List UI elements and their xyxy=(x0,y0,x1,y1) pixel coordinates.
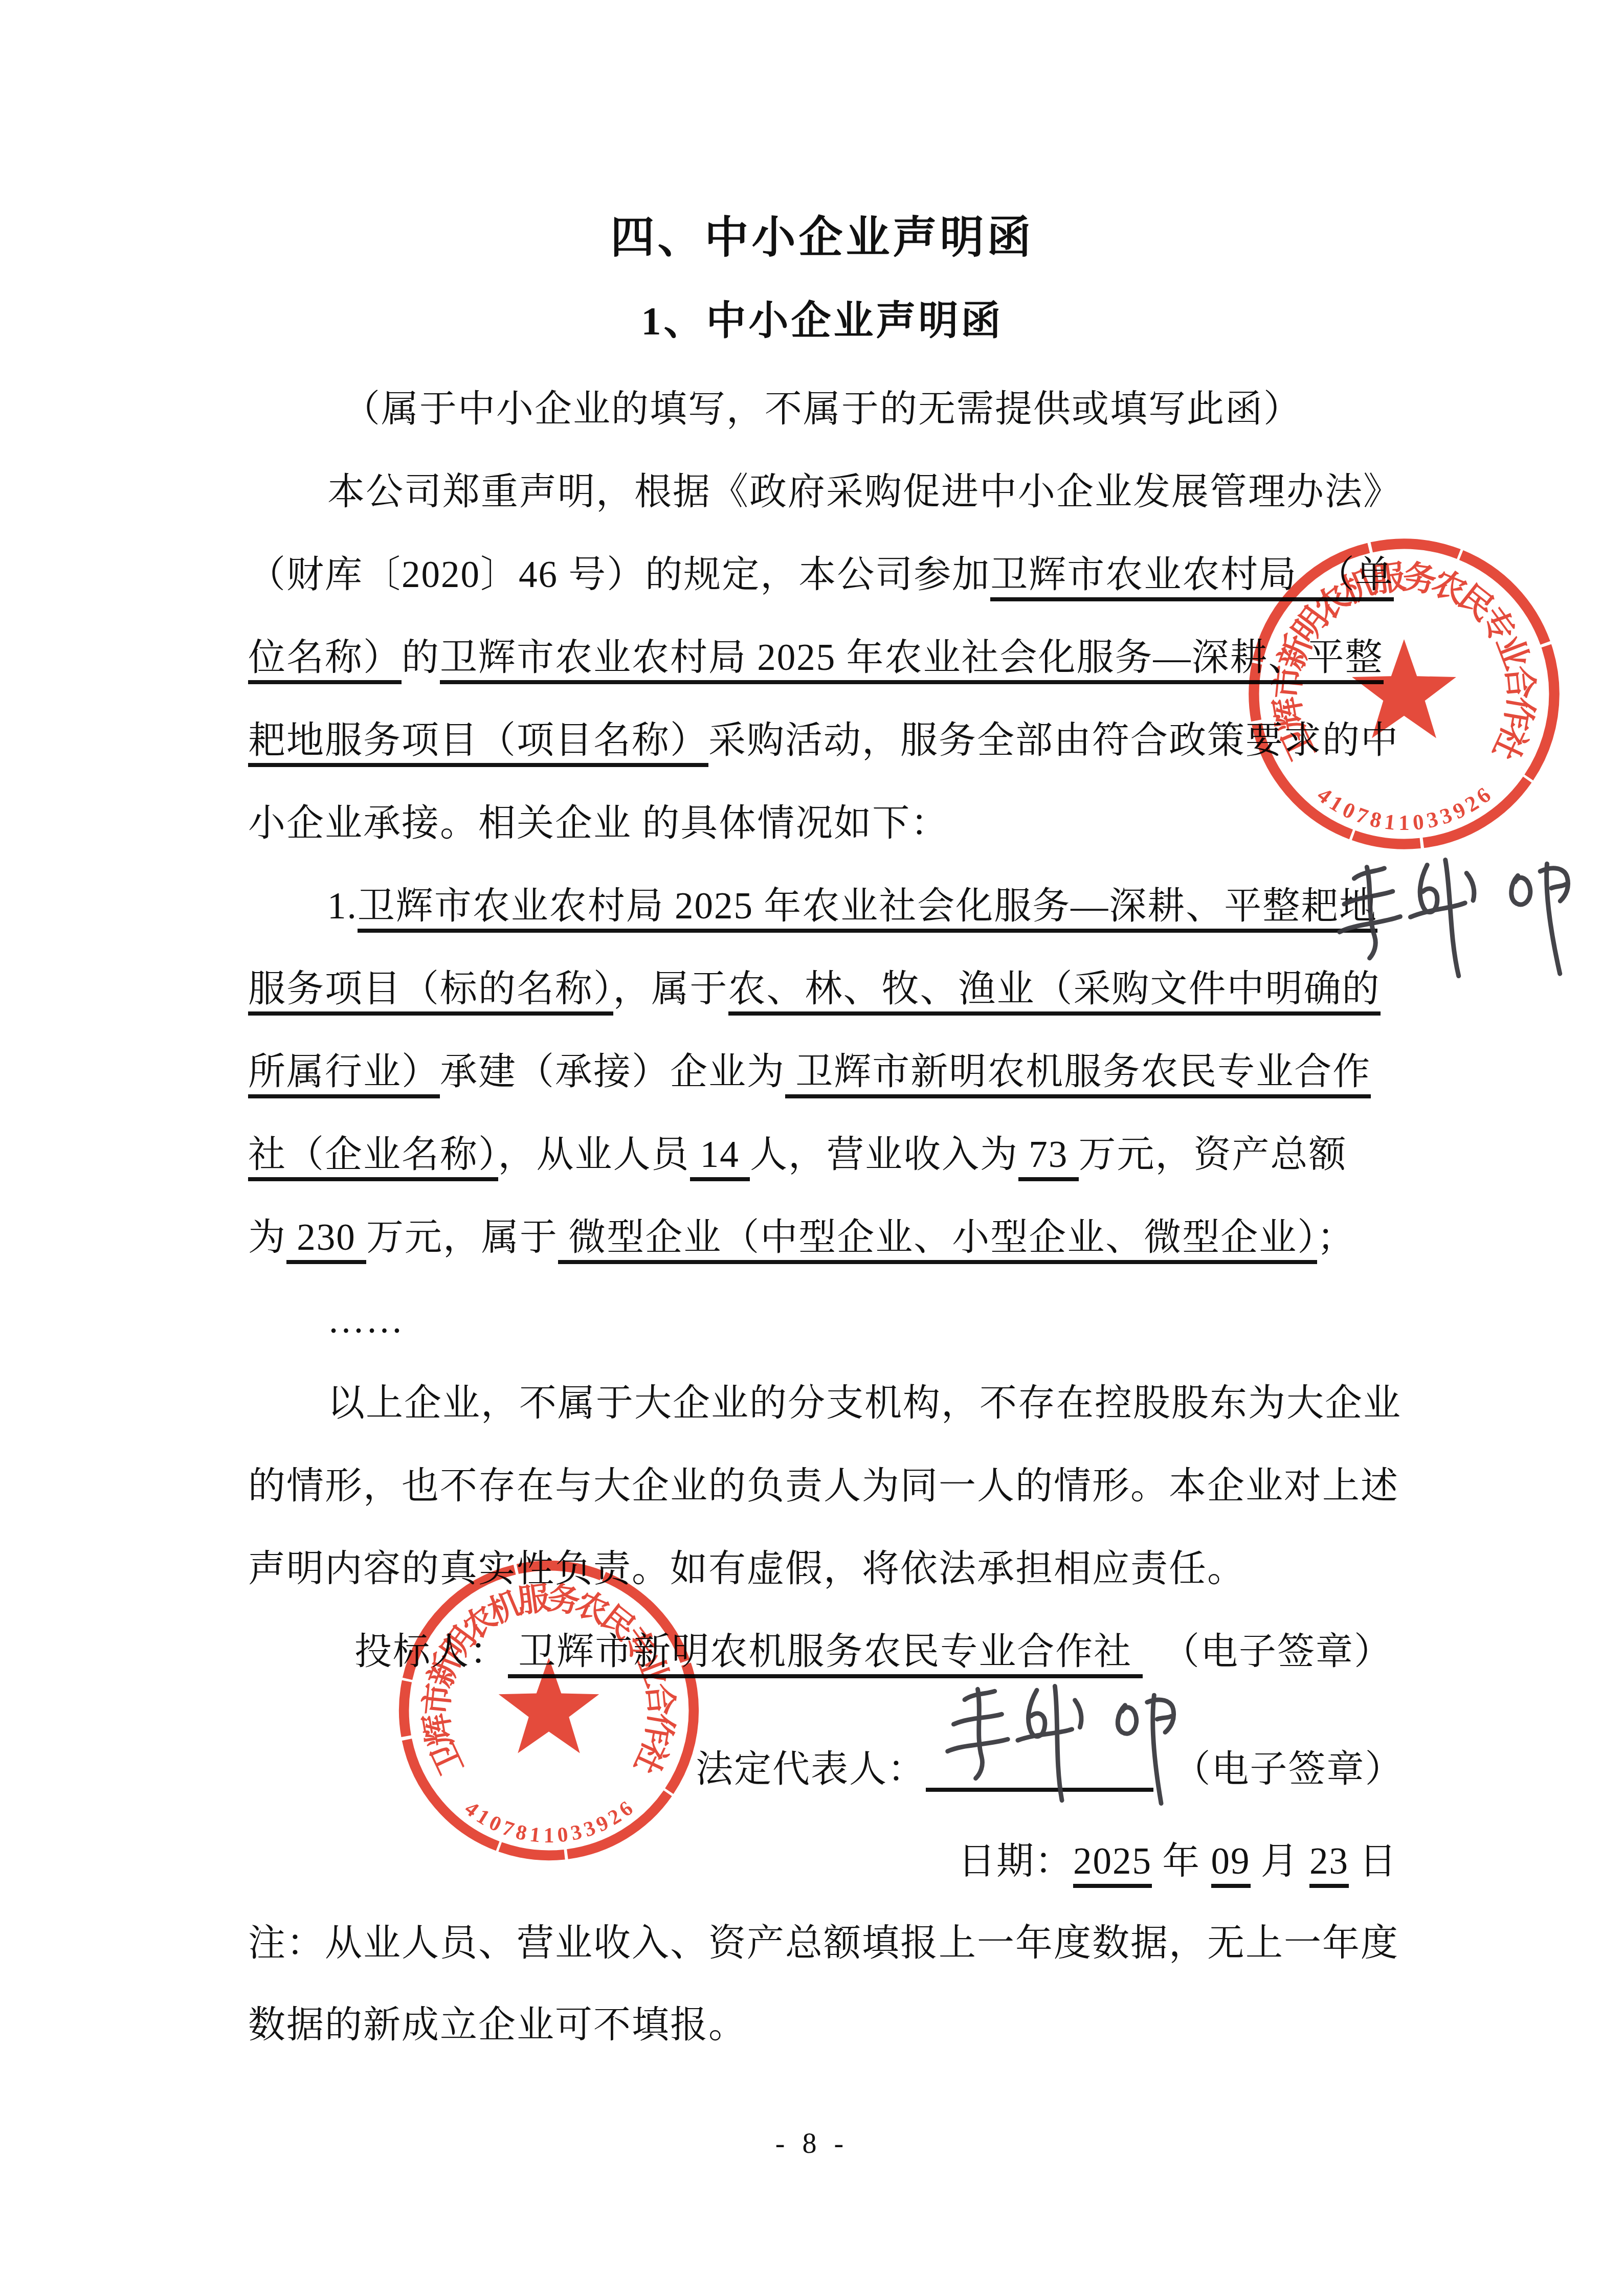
underlined-segment: 09 xyxy=(1211,1840,1251,1888)
text-segment: 注：从业人员、营业收入、资产总额填报上一年度数据，无上一年度 xyxy=(248,1922,1399,1964)
signature-stroke xyxy=(1546,864,1560,975)
seal-number-digit: 0 xyxy=(1412,810,1425,835)
text-line: 耙地服务项目（项目名称）采购活动，服务全部由符合政策要求的中 xyxy=(248,702,1396,779)
text-line: 位名称）的卫辉市农业农村局 2025 年农业社会化服务—深耕、平整 xyxy=(248,619,1396,696)
signature-stroke xyxy=(1551,884,1566,888)
text-line: 社（企业名称），从业人员 14 人，营业收入为 73 万元，资产总额 xyxy=(248,1116,1396,1193)
document-title: 四、中小企业声明函 xyxy=(248,205,1396,271)
underlined-segment: 位名称） xyxy=(248,637,402,684)
underlined-segment: 230 xyxy=(286,1217,366,1264)
signature-stroke xyxy=(1118,1705,1136,1734)
underlined-segment: 73 xyxy=(1018,1134,1079,1181)
text-segment: 承建（承接）企业为 xyxy=(440,1051,785,1092)
text-line: （属于中小企业的填写，不属于的无需提供或填写此函） xyxy=(248,371,1396,447)
text-segment: 万元，资产总额 xyxy=(1079,1134,1347,1175)
text-segment: 法定代表人： xyxy=(696,1748,926,1790)
text-segment: 的 xyxy=(402,637,440,678)
text-segment: 为 xyxy=(248,1217,286,1258)
text-segment: 1. xyxy=(327,885,358,927)
text-line: 1.卫辉市农业农村局 2025 年农业社会化服务—深耕、平整耙地 xyxy=(248,868,1476,944)
underlined-segment: 农、林、牧、渔业（采购文件中明确的 xyxy=(728,968,1381,1016)
text-segment: 日 xyxy=(1349,1840,1397,1882)
seal-number-digit: 1 xyxy=(1383,810,1396,835)
underlined-segment: 社（企业名称） xyxy=(248,1134,498,1181)
underlined-segment: 23 xyxy=(1309,1840,1349,1888)
text-line: 小企业承接。相关企业 的具体情况如下： xyxy=(248,785,1396,862)
text-segment: （电子签章） xyxy=(1181,1631,1393,1672)
signature-stroke xyxy=(1510,875,1531,905)
text-line: 服务项目（标的名称），属于农、林、牧、渔业（采购文件中明确的 xyxy=(248,951,1396,1027)
text-segment: 月 xyxy=(1251,1840,1310,1882)
signature-stroke xyxy=(976,1689,983,1778)
underlined-segment: 2025 xyxy=(1073,1840,1152,1888)
page-number: - 8 - xyxy=(0,2127,1624,2160)
signature-stroke xyxy=(1075,1700,1082,1727)
underlined-segment: 卫辉市农业农村局 2025 年农业社会化服务—深耕、平整 xyxy=(440,637,1384,684)
signature-stroke xyxy=(1445,860,1459,976)
text-line: …… xyxy=(248,1282,1476,1359)
legal-representative-signature xyxy=(1326,837,1600,1004)
text-line: 为 230 万元，属于 微型企业（中型企业、小型企业、微型企业）； xyxy=(248,1199,1396,1276)
text-line: 数据的新成立企业可不填报。 xyxy=(248,1987,1396,2063)
text-segment: （属于中小企业的填写，不属于的无需提供或填写此函） xyxy=(343,388,1302,430)
seal-number-digit: 0 xyxy=(556,1822,569,1847)
text-segment: （电子签章） xyxy=(1192,1748,1404,1790)
text-line: 以上企业，不属于大企业的分支机构，不存在控股股东为大企业 xyxy=(248,1365,1476,1442)
underlined-segment: 耙地服务项目（项目名称） xyxy=(248,719,708,767)
text-line: 本公司郑重声明，根据《政府采购促进中小企业发展管理办法》 xyxy=(248,454,1476,530)
seal-number-digit: 8 xyxy=(1368,807,1384,833)
underlined-segment: 服务项目（标的名称） xyxy=(248,968,613,1016)
text-segment: …… xyxy=(327,1299,404,1341)
underlined-segment: 微型企业（中型企业、小型企业、微型企业） xyxy=(558,1217,1317,1264)
text-segment: 人，营业收入为 xyxy=(750,1134,1018,1175)
text-segment: （财库〔2020〕46 号）的规定，本公司参加 xyxy=(248,554,990,595)
seal-number-digit: 1 xyxy=(528,1822,542,1847)
text-segment: 数据的新成立企业可不填报。 xyxy=(248,2004,747,2045)
signature-stroke xyxy=(1055,1686,1062,1800)
signature-stroke xyxy=(1365,867,1376,958)
declaration-letter-page: 四、中小企业声明函 1、中小企业声明函 - 8 - （属于中小企业的填写，不属于… xyxy=(0,0,1624,2296)
signature-stroke xyxy=(1029,1690,1045,1737)
text-segment: 年 xyxy=(1152,1840,1211,1882)
underlined-segment: 卫辉市新明农机服务农民专业合作 xyxy=(785,1051,1371,1098)
signature-stroke xyxy=(1466,873,1475,901)
seal-number-digit: 3 xyxy=(1425,807,1440,833)
text-segment: ，属于 xyxy=(613,968,728,1009)
underlined-segment: 所属行业） xyxy=(248,1051,440,1098)
text-line: 所属行业）承建（承接）企业为 卫辉市新明农机服务农民专业合作 xyxy=(248,1033,1396,1110)
seal-number-digit: 8 xyxy=(514,1819,529,1844)
legal-representative-signature xyxy=(939,1671,1199,1821)
signature-stroke xyxy=(1157,1716,1171,1719)
text-segment xyxy=(1143,1631,1181,1672)
text-segment: 本公司郑重声明，根据《政府采购促进中小企业发展管理办法》 xyxy=(327,471,1401,512)
seal-star-icon xyxy=(1352,639,1456,738)
text-segment: 的情形，也不存在与大企业的负责人为同一人的情形。本企业对上述 xyxy=(248,1465,1399,1506)
signature-stroke xyxy=(1418,865,1438,913)
underlined-segment: 卫辉市农业农村局 2025 年农业社会化服务—深耕、平整耙地 xyxy=(358,885,1378,933)
text-line: 注：从业人员、营业收入、资产总额填报上一年度数据，无上一年度 xyxy=(248,1905,1396,1982)
text-segment: ； xyxy=(1317,1217,1355,1258)
text-segment: 万元，属于 xyxy=(366,1217,558,1258)
seal-number-digit: 1 xyxy=(1398,811,1409,835)
text-segment: 以上企业，不属于大企业的分支机构，不存在控股股东为大企业 xyxy=(327,1382,1401,1424)
text-segment: 小企业承接。相关企业 的具体情况如下： xyxy=(248,802,949,844)
text-segment: ，从业人员 xyxy=(498,1134,690,1175)
seal-star-icon xyxy=(499,1658,599,1753)
seal-number-digit: 1 xyxy=(544,1824,554,1847)
text-segment: 日期： xyxy=(958,1840,1073,1882)
signature-stroke xyxy=(1153,1695,1161,1804)
document-subtitle: 1、中小企业声明函 xyxy=(248,290,1396,352)
text-line: （财库〔2020〕46 号）的规定，本公司参加卫辉市农业农村局 （单 xyxy=(248,536,1396,613)
text-line: 的情形，也不存在与大企业的负责人为同一人的情形。本企业对上述 xyxy=(248,1448,1396,1524)
company-seal-stamp: 卫辉市新明农机服务农民专业合作社4107811033926 xyxy=(1243,533,1565,854)
company-seal-stamp: 卫辉市新明农机服务农民专业合作社4107811033926 xyxy=(394,1556,704,1865)
underlined-segment: 14 xyxy=(690,1134,750,1181)
